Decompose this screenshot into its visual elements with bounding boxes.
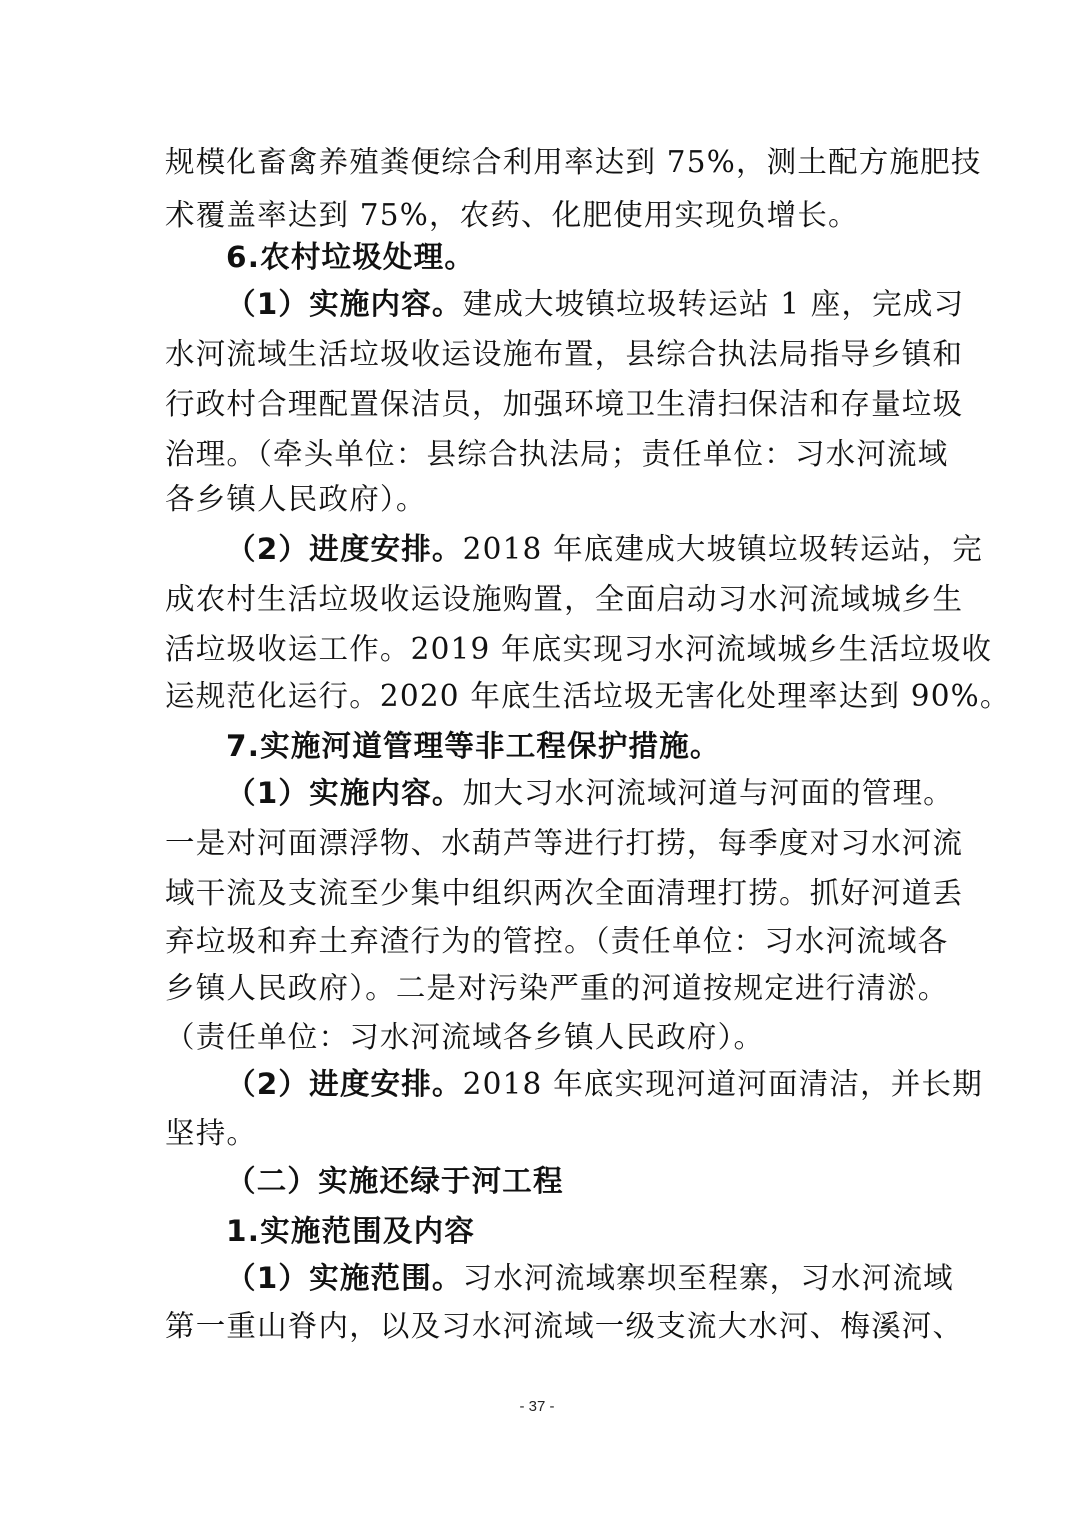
line-text: 运规范化运行。2020 年底生活垃圾无害化处理率达到 90%。 xyxy=(165,679,1011,713)
heading-text: （二）实施还绿于河工程 xyxy=(226,1164,564,1198)
line-text: 治理。（牵头单位：县综合执法局；责任单位：习水河流域 xyxy=(165,437,948,471)
paragraph-line: （2）进度安排。2018 年底实现河道河面清洁，并长期 xyxy=(226,1058,913,1111)
line-text: 建成大坡镇垃圾转运站 1 座，完成习 xyxy=(463,287,965,321)
line-text: 活垃圾收运工作。2019 年底实现习水河流域城乡生活垃圾收 xyxy=(165,632,992,666)
line-text: 乡镇人民政府）。二是对污染严重的河道按规定进行清淤。 xyxy=(165,971,948,1005)
line-text: 行政村合理配置保洁员，加强环境卫生清扫保洁和存量垃圾 xyxy=(165,387,963,421)
heading-text: 1.实施范围及内容 xyxy=(226,1214,475,1248)
line-text: 规模化畜禽养殖粪便综合利用率达到 75%，测土配方施肥技 xyxy=(165,145,982,179)
paragraph-line: 成农村生活垃圾收运设施购置，全面启动习水河流域城乡生 xyxy=(165,573,913,626)
line-text: 一是对河面漂浮物、水葫芦等进行打捞，每季度对习水河流 xyxy=(165,826,963,860)
paragraph-line: 规模化畜禽养殖粪便综合利用率达到 75%，测土配方施肥技 xyxy=(165,136,913,189)
paragraph-line: 运规范化运行。2020 年底生活垃圾无害化处理率达到 90%。 xyxy=(165,670,913,723)
line-text: （责任单位：习水河流域各乡镇人民政府）。 xyxy=(165,1020,764,1054)
section-heading: （二）实施还绿于河工程 xyxy=(226,1155,913,1208)
paragraph-line: （责任单位：习水河流域各乡镇人民政府）。 xyxy=(165,1011,913,1064)
paragraph-line: 水河流域生活垃圾收运设施布置，县综合执法局指导乡镇和 xyxy=(165,328,913,381)
line-text: 第一重山脊内，以及习水河流域一级支流大水河、梅溪河、 xyxy=(165,1309,963,1343)
paragraph-line: 乡镇人民政府）。二是对污染严重的河道按规定进行清淤。 xyxy=(165,962,913,1015)
paragraph-line: （1）实施范围。习水河流域寨坝至程寨，习水河流域 xyxy=(226,1252,913,1305)
paragraph-line: 各乡镇人民政府）。 xyxy=(165,473,913,526)
heading-text: 7.实施河道管理等非工程保护措施。 xyxy=(226,729,721,763)
subheading-label: （1）实施范围。 xyxy=(226,1261,463,1295)
paragraph-line: 第一重山脊内，以及习水河流域一级支流大水河、梅溪河、 xyxy=(165,1300,913,1353)
paragraph-line: 弃垃圾和弃土弃渣行为的管控。（责任单位：习水河流域各 xyxy=(165,915,913,968)
line-text: 域干流及支流至少集中组织两次全面清理打捞。抓好河道丢 xyxy=(165,876,963,910)
document-page: 规模化畜禽养殖粪便综合利用率达到 75%，测土配方施肥技 术覆盖率达到 75%，… xyxy=(0,0,1074,1520)
paragraph-line: （2）进度安排。2018 年底建成大坡镇垃圾转运站，完 xyxy=(226,523,913,576)
paragraph-line: （1）实施内容。建成大坡镇垃圾转运站 1 座，完成习 xyxy=(226,278,913,331)
subheading-label: （2）进度安排。 xyxy=(226,1067,463,1101)
paragraph-line: 活垃圾收运工作。2019 年底实现习水河流域城乡生活垃圾收 xyxy=(165,623,913,676)
section-heading: 1.实施范围及内容 xyxy=(226,1205,913,1258)
line-text: 加大习水河流域河道与河面的管理。 xyxy=(463,776,954,810)
paragraph-line: （1）实施内容。加大习水河流域河道与河面的管理。 xyxy=(226,767,913,820)
paragraph-line: 一是对河面漂浮物、水葫芦等进行打捞，每季度对习水河流 xyxy=(165,817,913,870)
paragraph-line: 坚持。 xyxy=(165,1107,913,1160)
subheading-label: （1）实施内容。 xyxy=(226,776,463,810)
section-heading: 6.农村垃圾处理。 xyxy=(226,231,913,284)
subheading-label: （2）进度安排。 xyxy=(226,532,463,566)
section-heading: 7.实施河道管理等非工程保护措施。 xyxy=(226,720,913,773)
line-text: 各乡镇人民政府）。 xyxy=(165,482,427,516)
heading-text: 6.农村垃圾处理。 xyxy=(226,240,475,274)
page-number: - 37 - xyxy=(0,1398,1074,1415)
line-text: 坚持。 xyxy=(165,1116,257,1150)
paragraph-line: 域干流及支流至少集中组织两次全面清理打捞。抓好河道丢 xyxy=(165,867,913,920)
line-text: 成农村生活垃圾收运设施购置，全面启动习水河流域城乡生 xyxy=(165,582,963,616)
line-text: 2018 年底实现河道河面清洁，并长期 xyxy=(463,1067,983,1101)
line-text: 术覆盖率达到 75%，农药、化肥使用实现负增长。 xyxy=(165,198,859,232)
line-text: 弃垃圾和弃土弃渣行为的管控。（责任单位：习水河流域各 xyxy=(165,924,948,958)
line-text: 2018 年底建成大坡镇垃圾转运站，完 xyxy=(463,532,983,566)
paragraph-line: 行政村合理配置保洁员，加强环境卫生清扫保洁和存量垃圾 xyxy=(165,378,913,431)
line-text: 习水河流域寨坝至程寨，习水河流域 xyxy=(463,1261,954,1295)
subheading-label: （1）实施内容。 xyxy=(226,287,463,321)
line-text: 水河流域生活垃圾收运设施布置，县综合执法局指导乡镇和 xyxy=(165,337,963,371)
